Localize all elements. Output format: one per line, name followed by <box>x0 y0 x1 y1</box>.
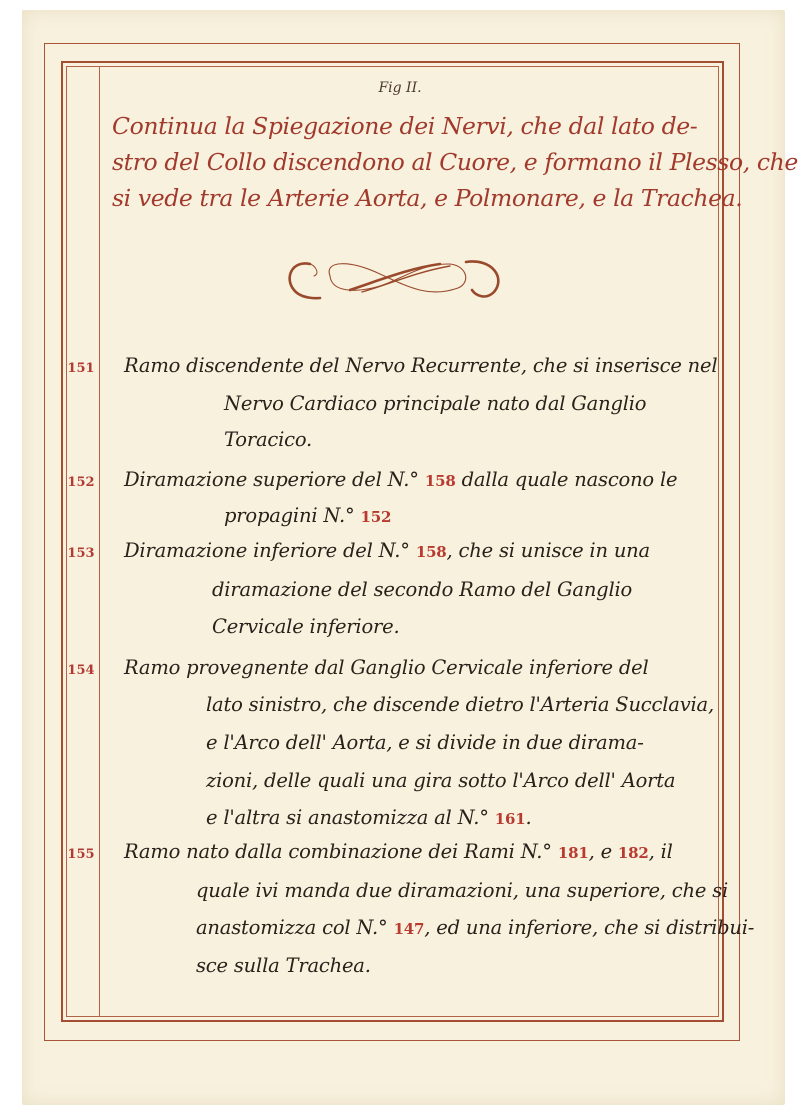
entry-text: propagini N.° <box>224 504 361 527</box>
entry-line: Toracico. <box>224 428 312 451</box>
entry-text: , ed una inferiore, che si distribui- <box>424 916 754 939</box>
entry-number: 155 <box>66 847 96 862</box>
entry-text: Ramo nato dalla combinazione dei Rami N.… <box>124 840 558 863</box>
cross-reference-number: 158 <box>416 543 447 561</box>
entry-line: Ramo nato dalla combinazione dei Rami N.… <box>124 840 673 863</box>
entry-line: Diramazione superiore del N.° 158 dalla … <box>124 468 677 491</box>
entry-text: e l'Arco dell' Aorta, e si divide in due… <box>206 731 644 754</box>
entry-text: e l'altra si anastomizza al N.° <box>206 806 495 829</box>
entry-text: diramazione del secondo Ramo del Ganglio <box>212 578 632 601</box>
entry-text: Diramazione superiore del N.° <box>124 468 425 491</box>
entry-text: , il <box>649 840 673 863</box>
entry-text: dalla quale nascono le <box>456 468 678 491</box>
entry-line: Diramazione inferiore del N.° 158, che s… <box>124 539 650 562</box>
entry-text: . <box>525 806 531 829</box>
entry-line: Nervo Cardiaco principale nato dal Gangl… <box>224 392 646 415</box>
entry-line: Ramo provegnente dal Ganglio Cervicale i… <box>124 656 649 679</box>
entry-text: quale ivi manda due diramazioni, una sup… <box>196 879 728 902</box>
entry-text: , e <box>589 840 618 863</box>
entry-line: sce sulla Trachea. <box>196 954 371 977</box>
entry-number: 152 <box>66 475 96 490</box>
entry-line: diramazione del secondo Ramo del Ganglio <box>212 578 632 601</box>
entry-line: e l'Arco dell' Aorta, e si divide in due… <box>206 731 644 754</box>
entry-line: Cervicale inferiore. <box>212 615 399 638</box>
entry-line: anastomizza col N.° 147, ed una inferior… <box>196 916 754 939</box>
entry-line: propagini N.° 152 <box>224 504 391 527</box>
entry-line: lato sinistro, che discende dietro l'Art… <box>206 693 714 716</box>
entry-text: Nervo Cardiaco principale nato dal Gangl… <box>224 392 646 415</box>
cross-reference-number: 182 <box>618 844 649 862</box>
entry-text: Ramo discendente del Nervo Recurrente, c… <box>124 354 717 377</box>
cross-reference-number: 161 <box>495 810 526 828</box>
entry-text: Diramazione inferiore del N.° <box>124 539 416 562</box>
entry-line: Ramo discendente del Nervo Recurrente, c… <box>124 354 717 377</box>
entries-list: 151 Ramo discendente del Nervo Recurrent… <box>0 0 800 1116</box>
entry-line: quale ivi manda due diramazioni, una sup… <box>196 879 728 902</box>
entry-number: 153 <box>66 546 96 561</box>
entry-line: e l'altra si anastomizza al N.° 161. <box>206 806 531 829</box>
entry-number: 154 <box>66 663 96 678</box>
entry-text: Toracico. <box>224 428 312 451</box>
entry-text: sce sulla Trachea. <box>196 954 371 977</box>
entry-line: zioni, delle quali una gira sotto l'Arco… <box>206 769 675 792</box>
entry-text: Cervicale inferiore. <box>212 615 399 638</box>
cross-reference-number: 147 <box>394 920 425 938</box>
cross-reference-number: 181 <box>558 844 589 862</box>
entry-text: , che si unisce in una <box>447 539 650 562</box>
entry-text: zioni, delle quali una gira sotto l'Arco… <box>206 769 675 792</box>
entry-text: lato sinistro, che discende dietro l'Art… <box>206 693 714 716</box>
entry-text: Ramo provegnente dal Ganglio Cervicale i… <box>124 656 649 679</box>
cross-reference-number: 152 <box>361 508 392 526</box>
cross-reference-number: 158 <box>425 472 456 490</box>
entry-text: anastomizza col N.° <box>196 916 394 939</box>
entry-number: 151 <box>66 361 96 376</box>
